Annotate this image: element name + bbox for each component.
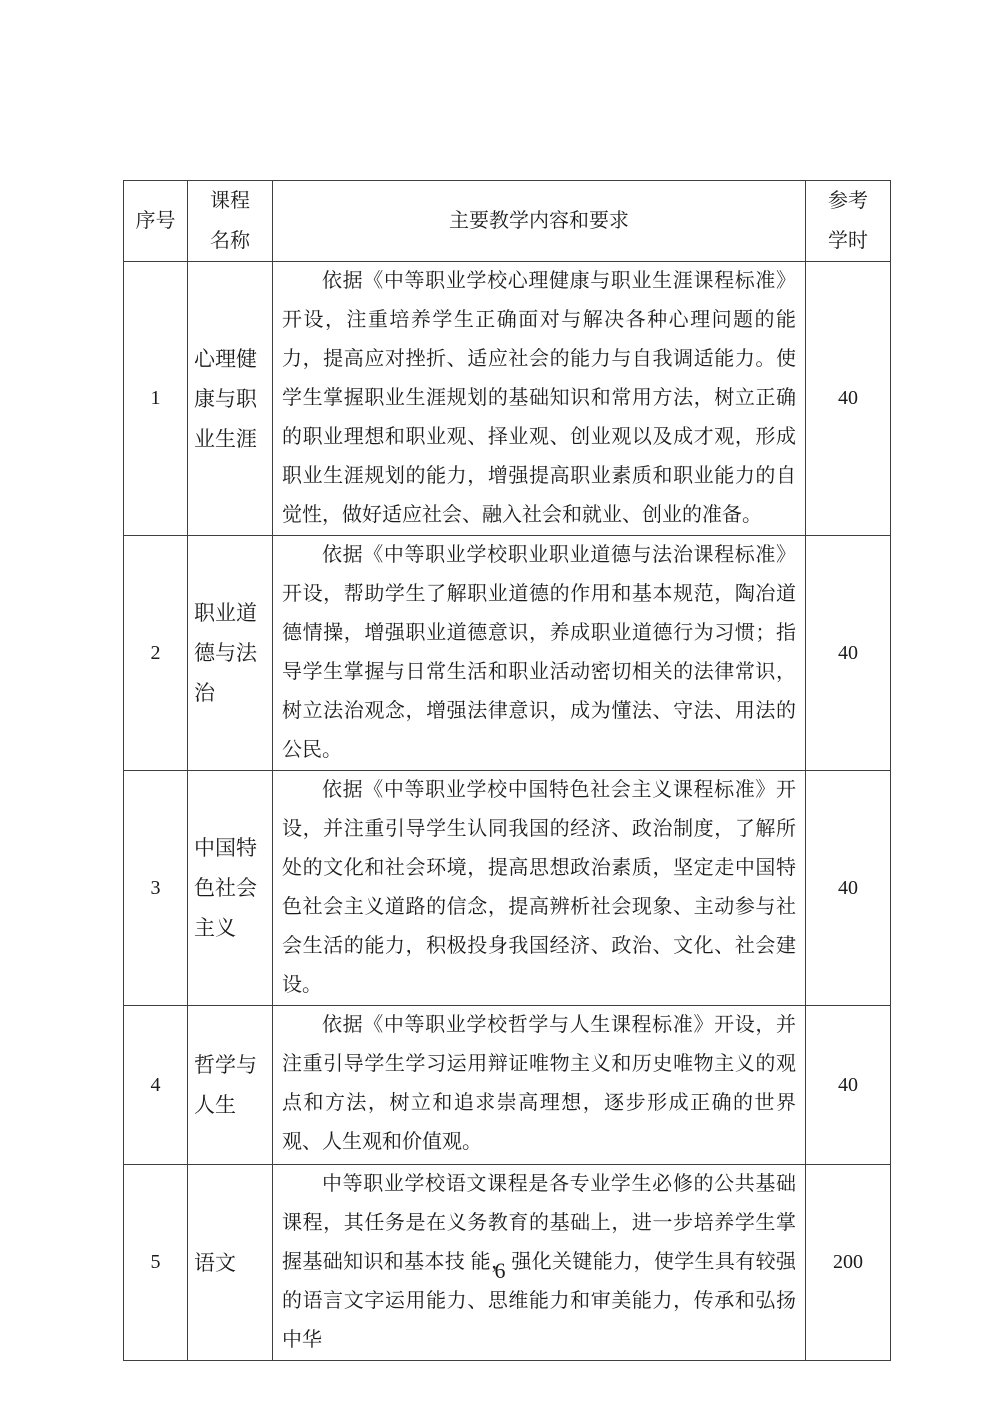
course-content-cell: 依据《中等职业学校中国特色社会主义课程标准》开设，并注重引导学生认同我国的经济、… <box>273 771 806 1006</box>
page-number: 6 <box>0 1258 1000 1284</box>
course-hours-cell: 40 <box>806 536 891 771</box>
header-index: 序号 <box>124 181 188 262</box>
course-content-cell: 依据《中等职业学校心理健康与职业生涯课程标准》开设，注重培养学生正确面对与解决各… <box>273 262 806 536</box>
course-hours-cell: 40 <box>806 1006 891 1165</box>
course-name-cell: 哲学与人生 <box>188 1006 273 1165</box>
table-row: 2 职业道德与法治 依据《中等职业学校职业职业道德与法治课程标准》开设，帮助学生… <box>124 536 891 771</box>
document-page: 序号 课程 名称 主要教学内容和要求 参考 学时 1 心理健康与职业生涯 依据《… <box>0 0 1000 1414</box>
table-row: 3 中国特色社会主义 依据《中等职业学校中国特色社会主义课程标准》开设，并注重引… <box>124 771 891 1006</box>
course-name-cell: 心理健康与职业生涯 <box>188 262 273 536</box>
course-name-cell: 中国特色社会主义 <box>188 771 273 1006</box>
row-index-cell: 3 <box>124 771 188 1006</box>
table-row: 1 心理健康与职业生涯 依据《中等职业学校心理健康与职业生涯课程标准》开设，注重… <box>124 262 891 536</box>
table-header-row: 序号 课程 名称 主要教学内容和要求 参考 学时 <box>124 181 891 262</box>
table-row: 4 哲学与人生 依据《中等职业学校哲学与人生课程标准》开设，并注重引导学生学习运… <box>124 1006 891 1165</box>
course-hours-cell: 40 <box>806 771 891 1006</box>
course-hours-cell: 40 <box>806 262 891 536</box>
row-index-cell: 4 <box>124 1006 188 1165</box>
row-index-cell: 1 <box>124 262 188 536</box>
header-hours: 参考 学时 <box>806 181 891 262</box>
course-content-cell: 依据《中等职业学校职业职业道德与法治课程标准》开设，帮助学生了解职业道德的作用和… <box>273 536 806 771</box>
header-content: 主要教学内容和要求 <box>273 181 806 262</box>
header-course-name: 课程 名称 <box>188 181 273 262</box>
course-name-cell: 职业道德与法治 <box>188 536 273 771</box>
course-content-cell: 依据《中等职业学校哲学与人生课程标准》开设，并注重引导学生学习运用辩证唯物主义和… <box>273 1006 806 1165</box>
courses-table: 序号 课程 名称 主要教学内容和要求 参考 学时 1 心理健康与职业生涯 依据《… <box>123 180 891 1361</box>
row-index-cell: 2 <box>124 536 188 771</box>
